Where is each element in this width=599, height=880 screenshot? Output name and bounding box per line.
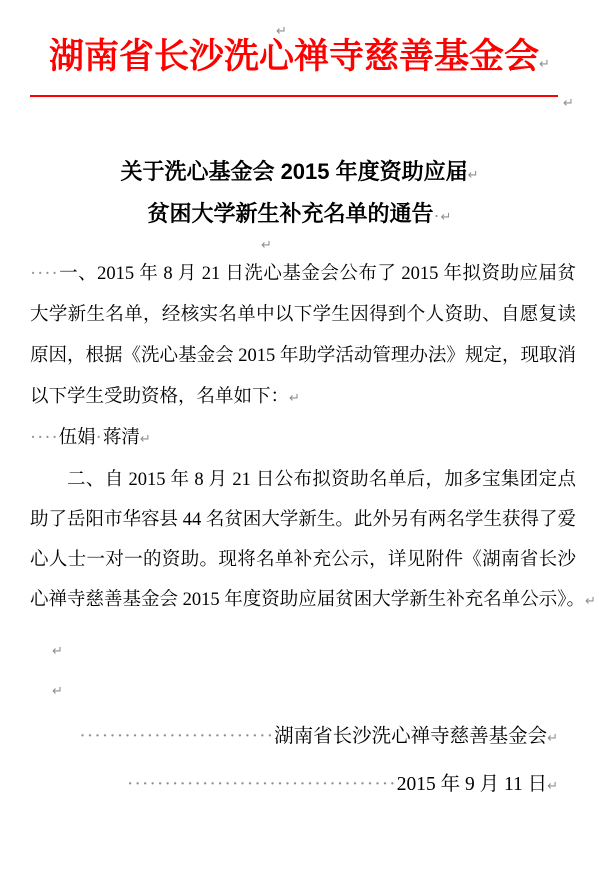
- body-line: 心人士一对一的资助。现将名单补充公示，详见附件《湖南省长沙洗: [30, 540, 576, 580]
- paragraph-mark: ↵: [468, 168, 479, 183]
- paragraph-mark: ↵: [547, 779, 558, 794]
- paragraph-mark: ↵: [563, 96, 574, 111]
- body-text: 一、2015 年 8 月 21 日洗心基金会公布了 2015 年拟资助应届贫困: [30, 264, 576, 295]
- space-marks: ··························: [79, 726, 274, 747]
- paragraph-mark: ↵: [52, 684, 63, 699]
- paragraph-1: ····一、2015 年 8 月 21 日洗心基金会公布了 2015 年拟资助应…: [30, 254, 576, 459]
- paragraph-2: 二、自 2015 年 8 月 21 日公布拟资助名单后，加多宝集团定点资 助了岳…: [30, 460, 576, 620]
- student-name: 蒋清: [103, 428, 140, 448]
- space-mark: ·: [96, 428, 103, 448]
- space-marks: ····: [30, 428, 59, 448]
- document-page: ↵ 湖南省长沙洗心禅寺慈善基金会↵ ↵ 关于洗心基金会 2015 年度资助应届↵…: [0, 0, 599, 880]
- closing-signature-line: ··························湖南省长沙洗心禅寺慈善基金会…: [79, 714, 558, 762]
- body-line: 大学新生名单，经核实名单中以下学生因得到个人资助、自愿复读等: [30, 295, 576, 336]
- body-text: 心禅寺慈善基金会 2015 年度资助应届贫困大学新生补充名单公示》。: [30, 590, 585, 610]
- paragraph-mark: ↵: [289, 391, 300, 406]
- document-title-line1: 关于洗心基金会 2015 年度资助应届↵: [0, 153, 599, 195]
- body-line: 助了岳阳市华容县 44 名贫困大学新生。此外另有两名学生获得了爱: [30, 500, 576, 540]
- body-text: 以下学生受助资格，名单如下：: [30, 387, 289, 407]
- paragraph-mark: ↵: [441, 210, 452, 225]
- document-title-line2: 贫困大学新生补充名单的通告·↵: [0, 195, 599, 237]
- body-line: 原因，根据《洗心基金会 2015 年助学活动管理办法》规定，现取消: [30, 336, 576, 377]
- closing-date-line: ····································2015…: [79, 762, 558, 810]
- letterhead: 湖南省长沙洗心禅寺慈善基金会↵: [0, 36, 599, 86]
- closing-signature: 湖南省长沙洗心禅寺慈善基金会: [274, 726, 547, 747]
- student-name: 伍娟: [59, 428, 96, 448]
- space-marks: ····: [30, 264, 59, 284]
- paragraph-mark: ↵: [52, 644, 63, 659]
- body-line: 二、自 2015 年 8 月 21 日公布拟资助名单后，加多宝集团定点资: [30, 460, 576, 500]
- space-mark: ·: [434, 205, 441, 225]
- body-line: 心禅寺慈善基金会 2015 年度资助应届贫困大学新生补充名单公示》。↵: [30, 580, 576, 620]
- closing-date: 2015 年 9 月 11 日: [397, 774, 547, 795]
- paragraph-mark: ↵: [261, 238, 272, 253]
- letterhead-rule: [30, 95, 558, 97]
- space-marks: ····································: [127, 774, 397, 795]
- title-text-line2: 贫困大学新生补充名单的通告: [148, 201, 434, 226]
- paragraph-mark: ↵: [585, 594, 596, 609]
- body-line: ····一、2015 年 8 月 21 日洗心基金会公布了 2015 年拟资助应…: [30, 254, 576, 295]
- names-line: ····伍娟·蒋清↵: [30, 418, 576, 459]
- document-title: 关于洗心基金会 2015 年度资助应届↵ 贫困大学新生补充名单的通告·↵: [0, 153, 599, 237]
- paragraph-mark: ↵: [140, 432, 151, 447]
- title-text-line1: 关于洗心基金会 2015 年度资助应届: [120, 159, 467, 184]
- paragraph-mark: ↵: [547, 731, 558, 746]
- closing-block: ··························湖南省长沙洗心禅寺慈善基金会…: [79, 714, 558, 810]
- body-line: 以下学生受助资格，名单如下：↵: [30, 377, 576, 418]
- letterhead-org-name: 湖南省长沙洗心禅寺慈善基金会: [49, 37, 539, 76]
- paragraph-mark: ↵: [539, 57, 550, 72]
